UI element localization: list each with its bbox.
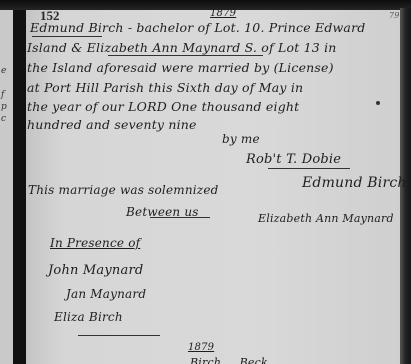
left-page-fragment: c <box>1 114 6 124</box>
by-me-label: by me <box>222 132 260 146</box>
bride-signature: Elizabeth Ann Maynard <box>258 212 394 225</box>
witness-signature: Eliza Birch <box>54 310 123 324</box>
left-page-fragment: p <box>1 102 7 112</box>
signature-underline <box>268 168 350 169</box>
left-page-fragment: f <box>1 90 4 100</box>
solemnized-label: This marriage was solemnized <box>28 183 219 197</box>
between-underline <box>150 217 210 218</box>
witness-underline <box>78 335 160 336</box>
corner-number: 79 <box>389 11 400 20</box>
officiant-signature: Rob't T. Dobie <box>246 152 341 167</box>
entry-line: the year of our LORD One thousand eight <box>27 99 299 114</box>
groom-signature: Edmund Birch <box>302 175 407 191</box>
ink-spot <box>376 101 380 105</box>
name-underline <box>108 55 263 56</box>
witness-signature: Jan Maynard <box>66 287 146 301</box>
witness-signature: John Maynard <box>48 263 143 278</box>
entry-line: hundred and seventy nine <box>27 117 197 132</box>
next-year-header: 1879 <box>188 342 214 353</box>
entry-line: at Port Hill Parish this Sixth day of Ma… <box>27 80 303 95</box>
left-page-fragment: e <box>1 66 6 76</box>
entry-line: Island & Elizabeth Ann Maynard S. of Lot… <box>27 40 337 55</box>
witnesses-label: In Presence of <box>50 236 140 250</box>
entry-line: the Island aforesaid were married by (Li… <box>27 60 334 75</box>
adjacent-page-edge: e f p c <box>0 10 13 364</box>
year-header: 1879 <box>210 8 236 19</box>
entry-line: Edmund Birch - bachelor of Lot. 10. Prin… <box>30 20 365 35</box>
next-entry-text: Birch ... Beck <box>190 356 268 364</box>
binding-gutter <box>13 10 26 364</box>
name-underline <box>32 36 102 37</box>
